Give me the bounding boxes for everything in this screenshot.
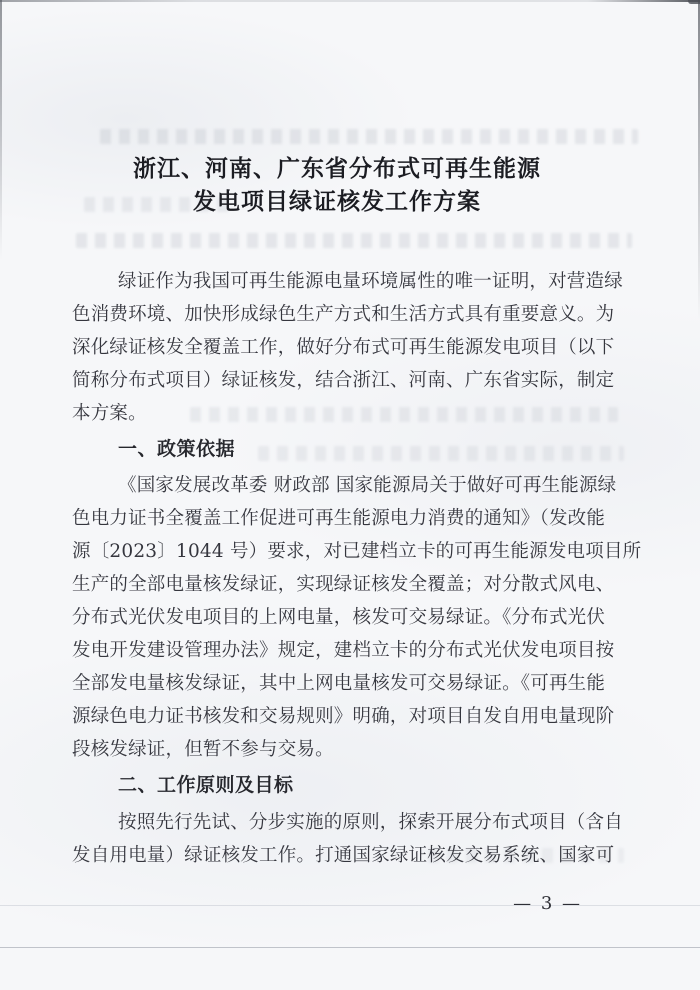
text-line: 分布式光伏发电项目的上网电量，核发可交易绿证。《分布式光伏 — [72, 601, 602, 634]
scan-crease-line — [0, 947, 700, 948]
text-line: 色电力证书全覆盖工作促进可再生能源电力消费的通知》（发改能 — [72, 502, 602, 535]
text-line: 本方案。 — [72, 397, 602, 430]
text-line: 《国家发展改革委 财政部 国家能源局关于做好可再生能源绿 — [72, 469, 602, 502]
text-line: 源〔2023〕1044 号）要求，对已建档立卡的可再生能源发电项目所 — [72, 535, 602, 568]
text-line: 绿证作为我国可再生能源电量环境属性的唯一证明，对营造绿 — [72, 265, 602, 298]
text-line: 发自用电量）绿证核发工作。打通国家绿证核发交易系统、国家可 — [72, 839, 602, 872]
text-line: 全部发电量核发绿证，其中上网电量核发可交易绿证。《可再生能 — [72, 667, 602, 700]
ink-bleed-through — [76, 233, 632, 248]
document-title: 浙江、河南、广东省分布式可再生能源 发电项目绿证核发工作方案 — [72, 152, 602, 218]
scanned-document-page: 浙江、河南、广东省分布式可再生能源 发电项目绿证核发工作方案 绿证作为我国可再生… — [0, 0, 700, 990]
text-line: 简称分布式项目）绿证核发，结合浙江、河南、广东省实际，制定 — [72, 364, 602, 397]
scan-edge-left — [0, 0, 2, 260]
text-line: 深化绿证核发全覆盖工作，做好分布式可再生能源发电项目（以下 — [72, 331, 602, 364]
scan-corner-top-right — [688, 0, 700, 4]
policy-basis-paragraph: 《国家发展改革委 财政部 国家能源局关于做好可再生能源绿 色电力证书全覆盖工作促… — [72, 469, 602, 766]
section-heading-principles-goals: 二、工作原则及目标 — [118, 769, 294, 802]
text-line: 发电开发建设管理办法》规定，建档立卡的分布式光伏发电项目按 — [72, 634, 602, 667]
scan-crease-line — [0, 905, 700, 906]
ink-bleed-through — [258, 446, 624, 461]
text-line: 源绿色电力证书核发和交易规则》明确，对项目自发自用电量现阶 — [72, 700, 602, 733]
ink-bleed-through — [100, 129, 638, 144]
document-title-line-2: 发电项目绿证核发工作方案 — [72, 185, 602, 218]
principles-goals-paragraph: 按照先行先试、分步实施的原则，探索开展分布式项目（含自 发自用电量）绿证核发工作… — [72, 806, 602, 872]
page-number: — 3 — — [513, 892, 582, 916]
text-line: 生产的全部电量核发绿证，实现绿证核发全覆盖；对分散式风电、 — [72, 568, 602, 601]
text-line: 色消费环境、加快形成绿色生产方式和生活方式具有重要意义。为 — [72, 298, 602, 331]
scan-edge-top — [0, 0, 700, 2]
document-title-line-1: 浙江、河南、广东省分布式可再生能源 — [72, 152, 602, 185]
section-heading-policy-basis: 一、政策依据 — [118, 433, 235, 466]
text-line: 按照先行先试、分步实施的原则，探索开展分布式项目（含自 — [72, 806, 602, 839]
text-line: 段核发绿证，但暂不参与交易。 — [72, 733, 602, 766]
intro-paragraph: 绿证作为我国可再生能源电量环境属性的唯一证明，对营造绿 色消费环境、加快形成绿色… — [72, 265, 602, 430]
